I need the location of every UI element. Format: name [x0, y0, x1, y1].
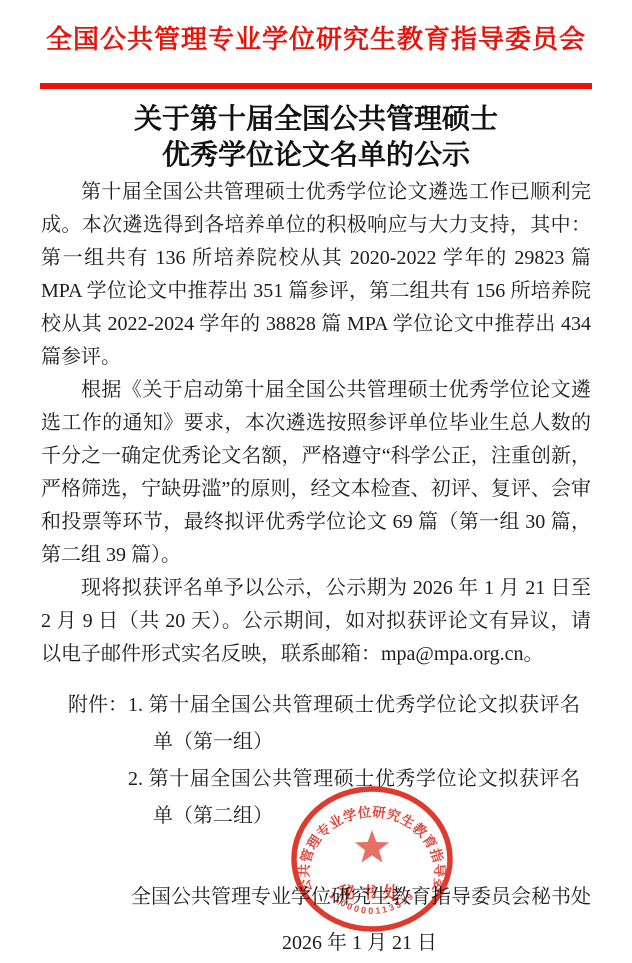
document-title: 关于第十届全国公共管理硕士 优秀学位论文名单的公示	[0, 102, 632, 174]
attachment-item-group1: 1. 第十届全国公共管理硕士优秀学位论文拟获评名单（第一组）	[128, 687, 580, 761]
letterhead-divider-rule	[40, 83, 592, 89]
official-seal-stamp-icon: 全国公共管理专业学位研究生教育指导委员会 秘书处 1100000113319	[288, 784, 456, 936]
seal-star-icon	[355, 830, 389, 863]
svg-text:全国公共管理专业学位研究生教育指导委员会: 全国公共管理专业学位研究生教育指导委员会	[288, 784, 448, 894]
announcement-page: 全国公共管理专业学位研究生教育指导委员会 关于第十届全国公共管理硕士 优秀学位论…	[0, 0, 632, 963]
letterhead-org-name: 全国公共管理专业学位研究生教育指导委员会	[0, 0, 632, 58]
seal-ring-text: 全国公共管理专业学位研究生教育指导委员会	[288, 784, 448, 894]
document-body: 第十届全国公共管理硕士优秀学位论文遴选工作已顺利完成。本次遴选得到各培养单位的积…	[41, 176, 591, 671]
body-paragraph-publicity-period: 现将拟获评名单予以公示，公示期为 2026 年 1 月 21 日至 2 月 9 …	[41, 572, 591, 671]
document-title-line2: 优秀学位论文名单的公示	[0, 138, 632, 174]
document-title-line1: 关于第十届全国公共管理硕士	[0, 102, 632, 138]
attachments-label: 附件：	[68, 687, 128, 835]
body-paragraph-selection-result: 第十届全国公共管理硕士优秀学位论文遴选工作已顺利完成。本次遴选得到各培养单位的积…	[41, 176, 591, 374]
seal-center-label: 秘书处	[339, 884, 405, 902]
body-paragraph-selection-rules: 根据《关于启动第十届全国公共管理硕士优秀学位论文遴选工作的通知》要求，本次遴选按…	[41, 374, 591, 572]
